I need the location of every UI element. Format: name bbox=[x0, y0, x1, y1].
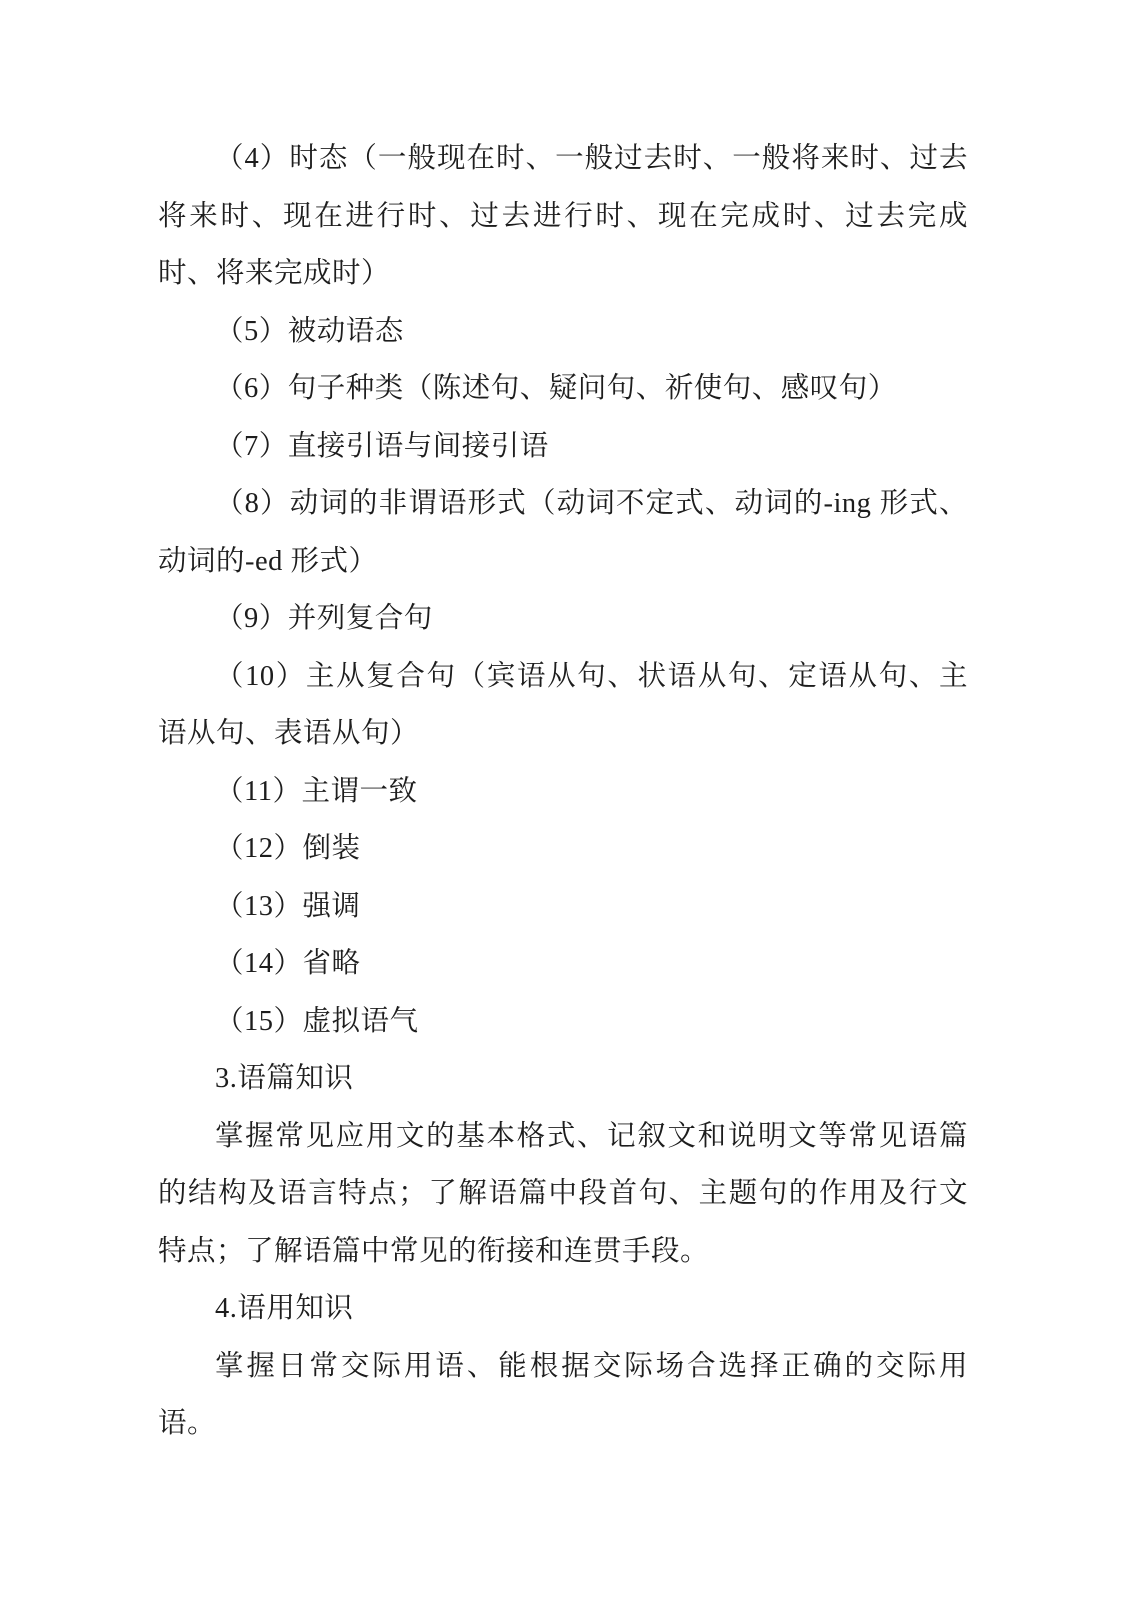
paragraph-item-7-speech: （7）直接引语与间接引语 bbox=[158, 418, 968, 476]
paragraph-item-12-inversion: （12）倒装 bbox=[158, 820, 968, 878]
paragraph-item-6-sentence-types: （6）句子种类（陈述句、疑问句、祈使句、感叹句） bbox=[158, 360, 968, 418]
paragraph-item-14-ellipsis: （14）省略 bbox=[158, 935, 968, 993]
paragraph-item-4-tenses: （4）时态（一般现在时、一般过去时、一般将来时、过去将来时、现在进行时、过去进行… bbox=[158, 130, 968, 303]
section-heading-pragmatic-knowledge: 4.语用知识 bbox=[158, 1280, 968, 1338]
paragraph-item-11-subject-verb-agreement: （11）主谓一致 bbox=[158, 763, 968, 821]
paragraph-item-15-subjunctive: （15）虚拟语气 bbox=[158, 993, 968, 1051]
paragraph-item-10-complex-sentences: （10）主从复合句（宾语从句、状语从句、定语从句、主语从句、表语从句） bbox=[158, 648, 968, 763]
paragraph-item-8-nonfinite-verbs: （8）动词的非谓语形式（动词不定式、动词的-ing 形式、动词的-ed 形式） bbox=[158, 475, 968, 590]
paragraph-item-5-passive-voice: （5）被动语态 bbox=[158, 303, 968, 361]
paragraph-discourse-knowledge-body: 掌握常见应用文的基本格式、记叙文和说明文等常见语篇的结构及语言特点；了解语篇中段… bbox=[158, 1108, 968, 1281]
paragraph-item-13-emphasis: （13）强调 bbox=[158, 878, 968, 936]
section-heading-discourse-knowledge: 3.语篇知识 bbox=[158, 1050, 968, 1108]
paragraph-item-9-compound-sentences: （9）并列复合句 bbox=[158, 590, 968, 648]
paragraph-pragmatic-knowledge-body: 掌握日常交际用语、能根据交际场合选择正确的交际用语。 bbox=[158, 1338, 968, 1453]
document-page: （4）时态（一般现在时、一般过去时、一般将来时、过去将来时、现在进行时、过去进行… bbox=[0, 0, 1131, 1600]
